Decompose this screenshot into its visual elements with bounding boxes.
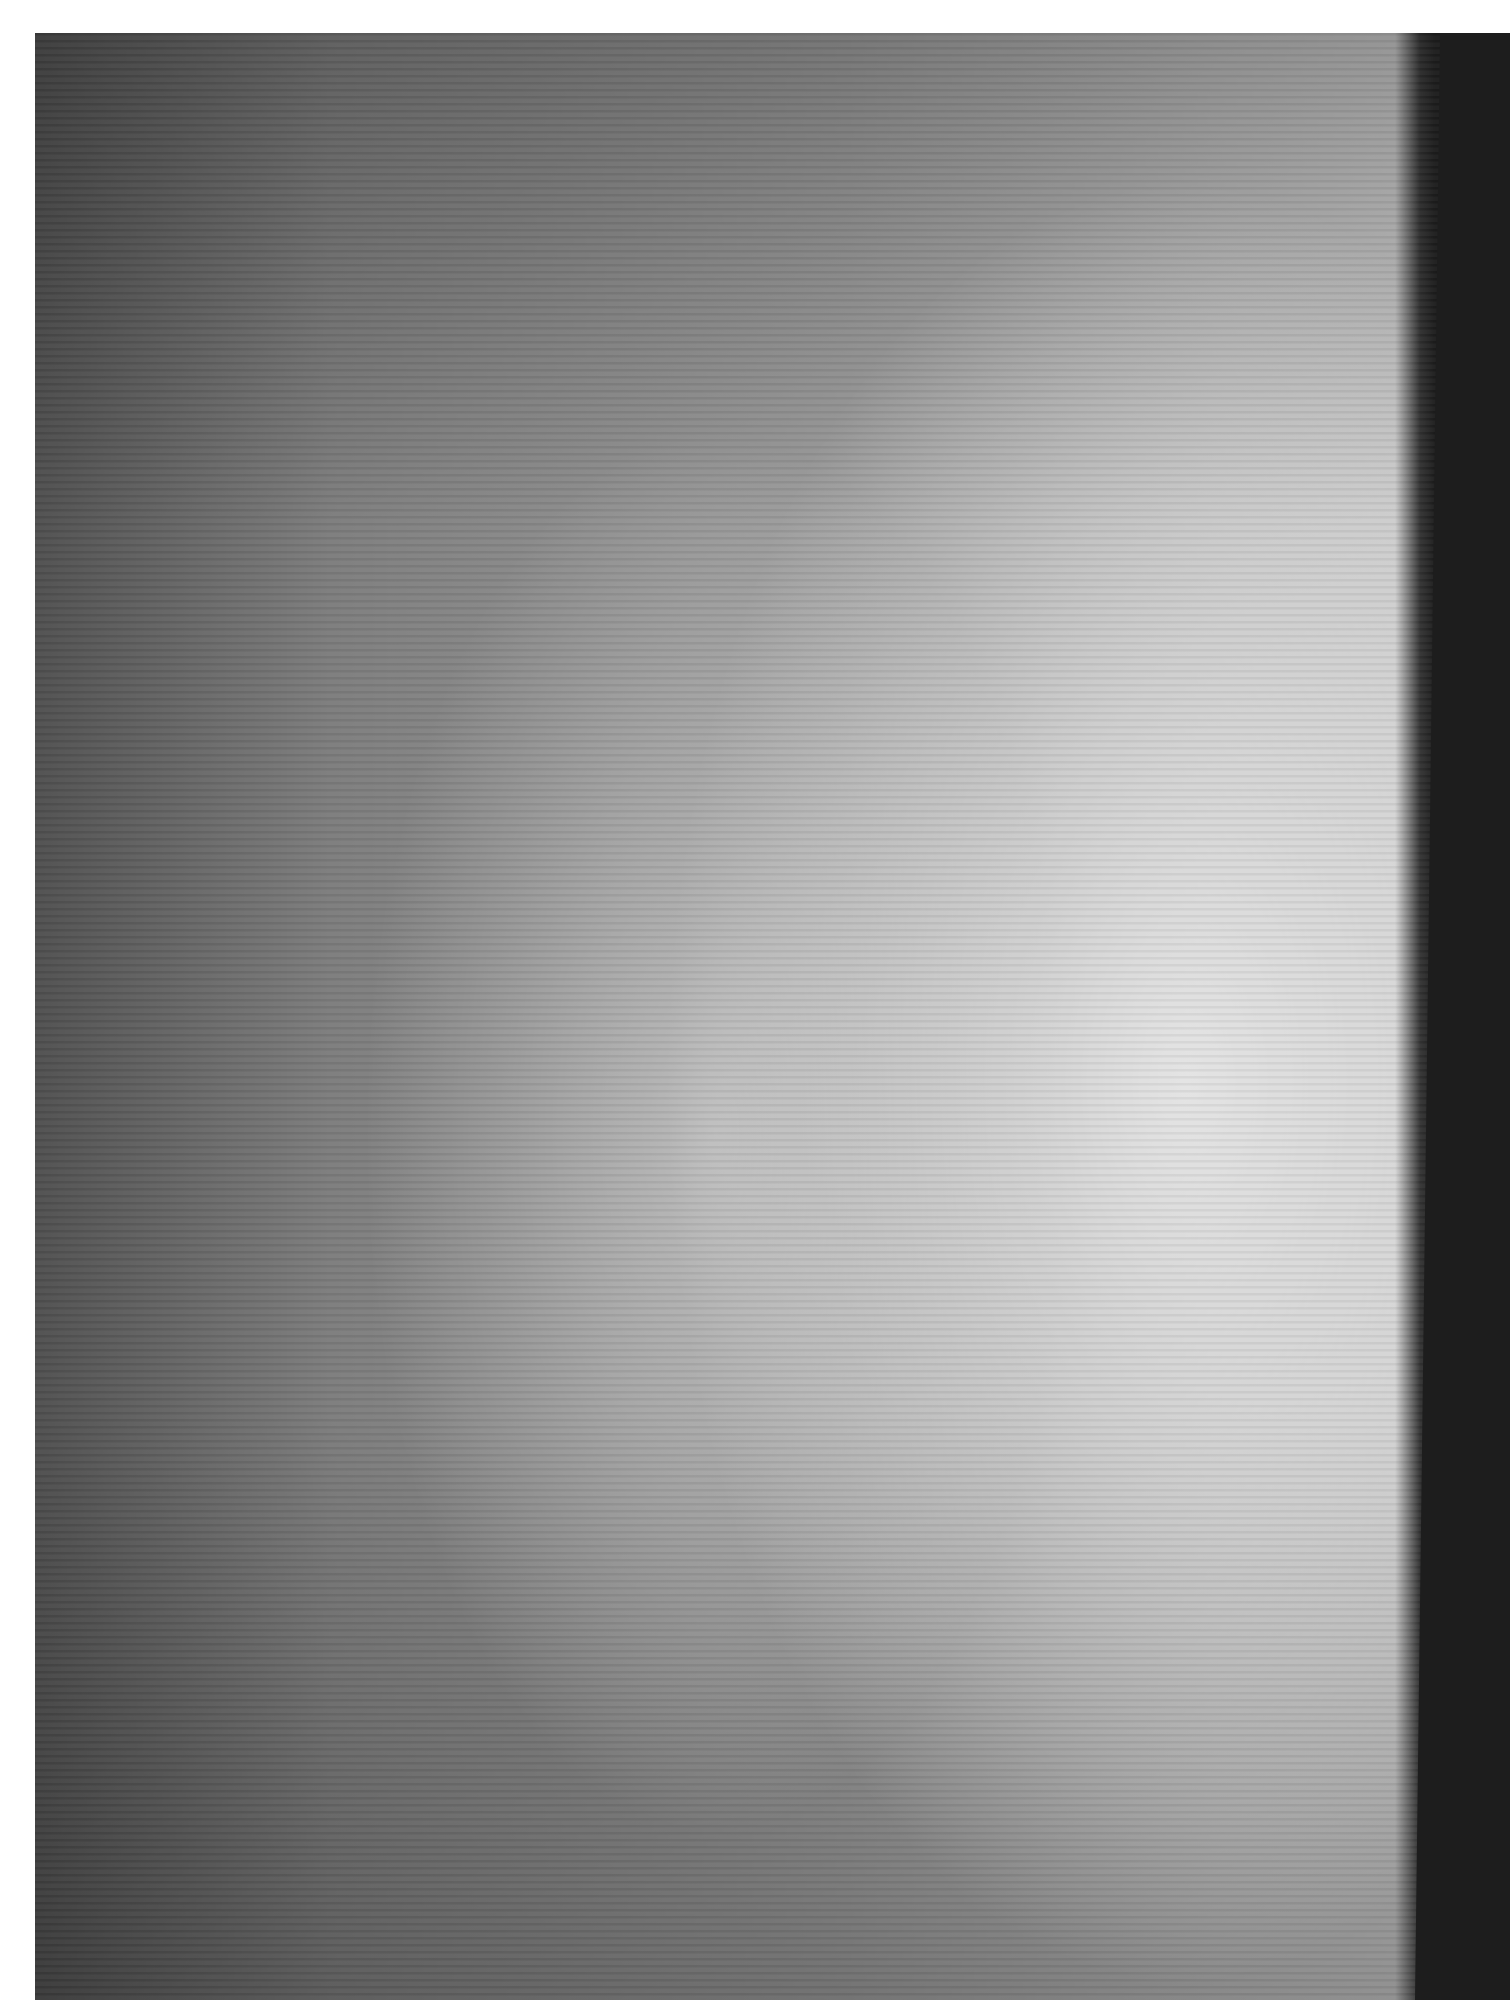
horizontal-ruler: [0, 0, 1510, 33]
handwritten-script-layer: [35, 33, 1510, 2000]
manuscript-scan-image: [35, 33, 1510, 2000]
vertical-ruler: [0, 0, 35, 2000]
